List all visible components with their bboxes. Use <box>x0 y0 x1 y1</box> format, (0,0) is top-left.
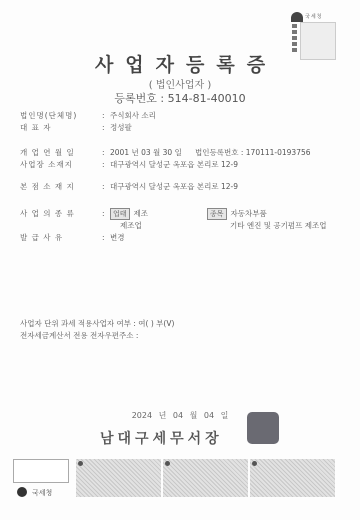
business-type-line2: 제조업 <box>120 220 142 231</box>
footer-agency-name: 국세청 <box>32 488 52 498</box>
business-item-line2: 기타 엔진 및 공기펌프 제조업 <box>230 220 326 231</box>
nts-logo-icon <box>291 12 303 22</box>
official-seal-stamp <box>247 412 279 444</box>
agency-header: 국세청 <box>305 13 323 20</box>
issue-date: 2024 년 04 월 04 일 <box>0 410 360 421</box>
document-title: 사업자등록증 <box>0 50 360 77</box>
item-tag: 종목 <box>207 208 227 220</box>
note-einvoice-email: 전자세금계산서 전용 전자우편주소 : <box>20 330 138 341</box>
document-subtitle: ( 법인사업자 ) <box>0 76 360 91</box>
security-pattern-3 <box>250 459 335 497</box>
registration-number-label: 등록번호 : <box>114 92 164 105</box>
field-issue-reason: 발 급 사 유:변경 <box>20 232 125 243</box>
field-business-type: 사 업 의 종 류:업태제조 <box>20 208 148 220</box>
note-unit-taxation: 사업자 단위 과세 적용사업자 여부 : 여( ) 부(V) <box>20 318 174 329</box>
field-corp-reg-number: 법인등록번호 : 170111-0193756 <box>195 147 311 158</box>
registration-number-value: 514-81-40010 <box>168 92 246 105</box>
field-corp-name: 법인명(단체명):주식회사 소리 <box>20 110 156 121</box>
type-tag: 업태 <box>110 208 130 220</box>
security-mark-icon <box>165 461 170 466</box>
footer-blank-box <box>13 459 69 483</box>
business-registration-certificate: 국세청 사업자등록증 ( 법인사업자 ) 등록번호 : 514-81-40010… <box>0 0 360 520</box>
issuing-office: 남대구세무서장 <box>100 428 223 448</box>
nts-emblem-icon <box>17 487 27 497</box>
field-hq-address: 본 점 소 재 지:대구광역시 달성군 옥포읍 본리로 12-9 <box>20 181 238 192</box>
registration-number: 등록번호 : 514-81-40010 <box>0 90 360 106</box>
field-representative: 대 표 자:정성팔 <box>20 122 132 133</box>
security-pattern-2 <box>163 459 248 497</box>
business-item: 종목자동차부품 <box>207 208 267 220</box>
security-pattern-1 <box>76 459 161 497</box>
security-mark-icon <box>78 461 83 466</box>
field-opening-date: 개 업 연 월 일:2001 년 03 월 30 일 <box>20 147 182 158</box>
field-business-address: 사업장 소재지:대구광역시 달성군 옥포읍 본리로 12-9 <box>20 159 238 170</box>
security-mark-icon <box>252 461 257 466</box>
